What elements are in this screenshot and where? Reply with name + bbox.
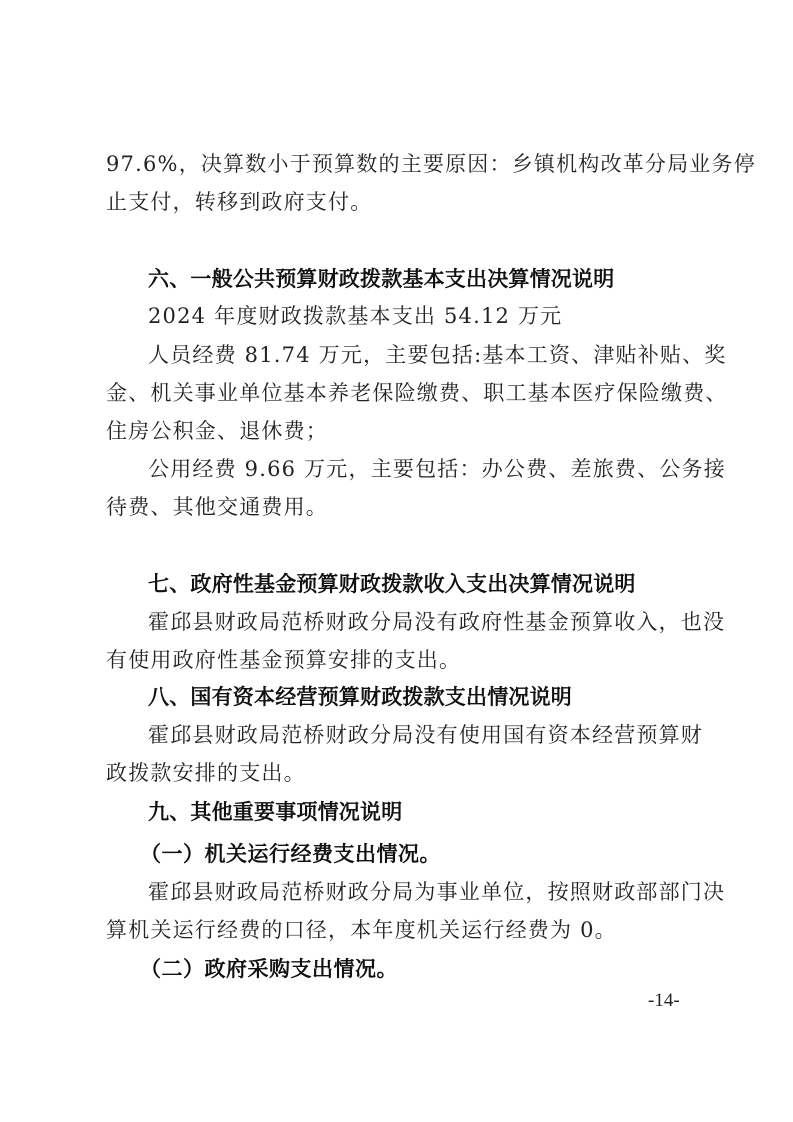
body-text-line: 止支付，转移到政府支付。 [106,188,696,216]
sub-heading-1: （一）机关运行经费支出情况。 [140,840,730,868]
body-text-line: 政拨款安排的支出。 [106,759,696,787]
section-heading-8: 八、国有资本经营预算财政拨款支出情况说明 [148,683,738,711]
body-text-line: 霍邱县财政局范桥财政分局没有政府性基金预算收入，也没 [148,608,738,636]
body-text-line: 97.6%，决算数小于预算数的主要原因：乡镇机构改革分局业务停 [106,150,696,178]
section-heading-9: 九、其他重要事项情况说明 [148,798,738,826]
sub-heading-2: （二）政府采购支出情况。 [140,955,730,983]
body-text-line: 住房公积金、退休费； [106,417,696,445]
body-text-line: 算机关运行经费的口径，本年度机关运行经费为 0。 [106,916,696,944]
body-text-line: 2024 年度财政拨款基本支出 54.12 万元 [148,302,738,330]
body-text-line: 人员经费 81.74 万元，主要包括:基本工资、津贴补贴、奖 [148,341,738,369]
body-text-line: 公用经费 9.66 万元，主要包括：办公费、差旅费、公务接 [148,455,738,483]
body-text-line: 有使用政府性基金预算安排的支出。 [106,646,696,674]
page-number: -14- [648,990,680,1012]
body-text-line: 霍邱县财政局范桥财政分局没有使用国有资本经营预算财 [148,721,738,749]
document-page: 97.6%，决算数小于预算数的主要原因：乡镇机构改革分局业务停 止支付，转移到政… [0,0,793,1122]
section-heading-7: 七、政府性基金预算财政拨款收入支出决算情况说明 [148,570,738,598]
body-text-line: 金、机关事业单位基本养老保险缴费、职工基本医疗保险缴费、 [106,379,696,407]
body-text-line: 待费、其他交通费用。 [106,493,696,521]
body-text-line: 霍邱县财政局范桥财政分局为事业单位，按照财政部部门决 [148,878,738,906]
section-heading-6: 六、一般公共预算财政拨款基本支出决算情况说明 [148,265,738,293]
